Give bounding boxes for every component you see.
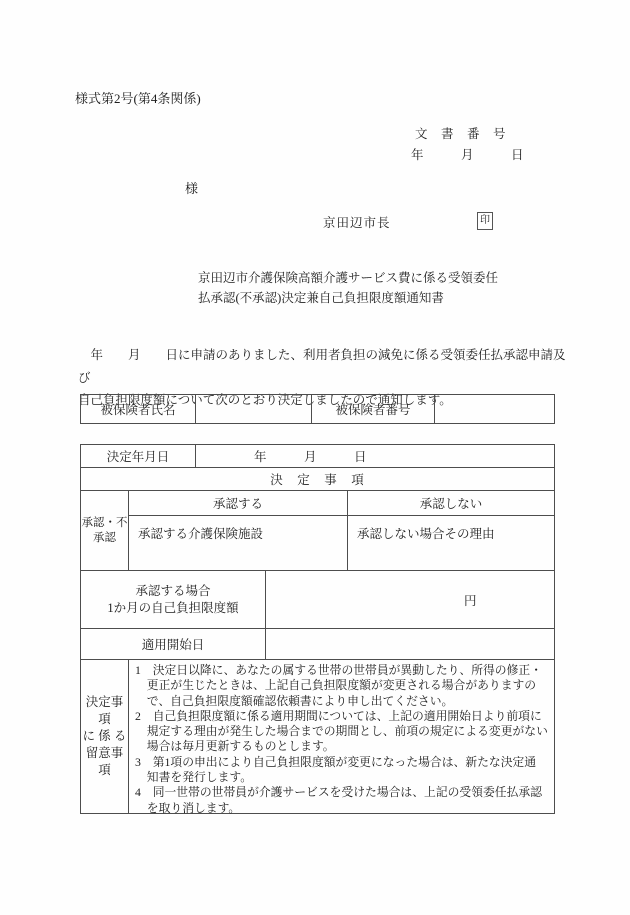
insured-name-value-cell bbox=[196, 395, 312, 423]
approve-header: 承認する bbox=[129, 491, 347, 516]
insured-name-label: 被保険者氏名 bbox=[81, 395, 196, 423]
start-date-row: 適用開始日 bbox=[81, 629, 554, 660]
start-date-label: 適用開始日 bbox=[81, 629, 266, 659]
decision-table: 決定年月日 年 月 日 決 定 事 項 承認・不 承認 承認する 承認する介護保… bbox=[80, 444, 555, 814]
disapprove-header: 承認しない bbox=[348, 491, 554, 516]
approval-row-label: 承認・不 承認 bbox=[81, 491, 129, 570]
notes-list: 1 決定日以降に、あなたの属する世帯の世帯員が異動したり、所得の修正・ 更正が生… bbox=[129, 660, 554, 813]
addressee-honorific: 様 bbox=[185, 178, 198, 197]
approve-facility-cell: 承認する介護保険施設 bbox=[129, 516, 347, 570]
notes-row-label: 決定事項 に 係 る 留意事項 bbox=[81, 660, 129, 813]
approve-column: 承認する 承認する介護保険施設 bbox=[129, 491, 348, 570]
decision-items-header: 決 定 事 項 bbox=[81, 468, 554, 490]
approve-facility-label: 承認する介護保険施設 bbox=[138, 527, 263, 541]
note-item-4: 4 同一世帯の世帯員が介護サービスを受けた場合は、上記の受領委任払承認 を取り消… bbox=[135, 785, 550, 816]
insured-person-table: 被保険者氏名 被保険者番号 bbox=[80, 394, 555, 424]
insured-number-value-cell bbox=[435, 395, 554, 423]
note-item-1: 1 決定日以降に、あなたの属する世帯の世帯員が異動したり、所得の修正・ 更正が生… bbox=[135, 663, 550, 709]
disapprove-reason-label: 承認しない場合その理由 bbox=[357, 527, 495, 541]
decision-date-label: 決定年月日 bbox=[81, 445, 196, 467]
disapprove-reason-cell: 承認しない場合その理由 bbox=[348, 516, 554, 570]
monthly-limit-value-cell: 円 bbox=[266, 571, 554, 628]
notification-document-page: 様式第2号(第4条関係) 文 書 番 号 年 月 日 様 京田辺市長 印 京田辺… bbox=[0, 0, 630, 915]
document-title: 京田辺市介護保険高額介護サービス費に係る受領委任 払承認(不承認)決定兼自己負担… bbox=[198, 269, 498, 308]
seal-icon: 印 bbox=[477, 212, 493, 230]
monthly-limit-row: 承認する場合 1か月の自己負担限度額 円 bbox=[81, 571, 554, 629]
decision-items-header-row: 決 定 事 項 bbox=[81, 468, 554, 491]
document-number-label: 文 書 番 号 bbox=[415, 124, 506, 142]
monthly-limit-label: 承認する場合 1か月の自己負担限度額 bbox=[81, 571, 266, 628]
decision-date-row: 決定年月日 年 月 日 bbox=[81, 445, 554, 468]
monthly-limit-unit: 円 bbox=[464, 591, 477, 609]
note-item-3: 3 第1項の申出により自己負担限度額が変更になった場合は、新たな決定通 知書を発… bbox=[135, 755, 550, 786]
note-item-2: 2 自己負担限度額に係る適用期間については、上記の適用開始日より前項に 規定する… bbox=[135, 709, 550, 755]
document-date-label: 年 月 日 bbox=[411, 145, 524, 163]
disapprove-column: 承認しない 承認しない場合その理由 bbox=[348, 491, 554, 570]
sender-title: 京田辺市長 bbox=[323, 213, 391, 231]
form-number: 様式第2号(第4条関係) bbox=[75, 88, 201, 107]
decision-date-value-cell: 年 月 日 bbox=[196, 445, 554, 467]
start-date-value-cell bbox=[266, 629, 554, 659]
insured-number-label: 被保険者番号 bbox=[312, 395, 435, 423]
approval-section-row: 承認・不 承認 承認する 承認する介護保険施設 承認しない 承認しない場合その理… bbox=[81, 491, 554, 571]
notes-row: 決定事項 に 係 る 留意事項 1 決定日以降に、あなたの属する世帯の世帯員が異… bbox=[81, 660, 554, 813]
